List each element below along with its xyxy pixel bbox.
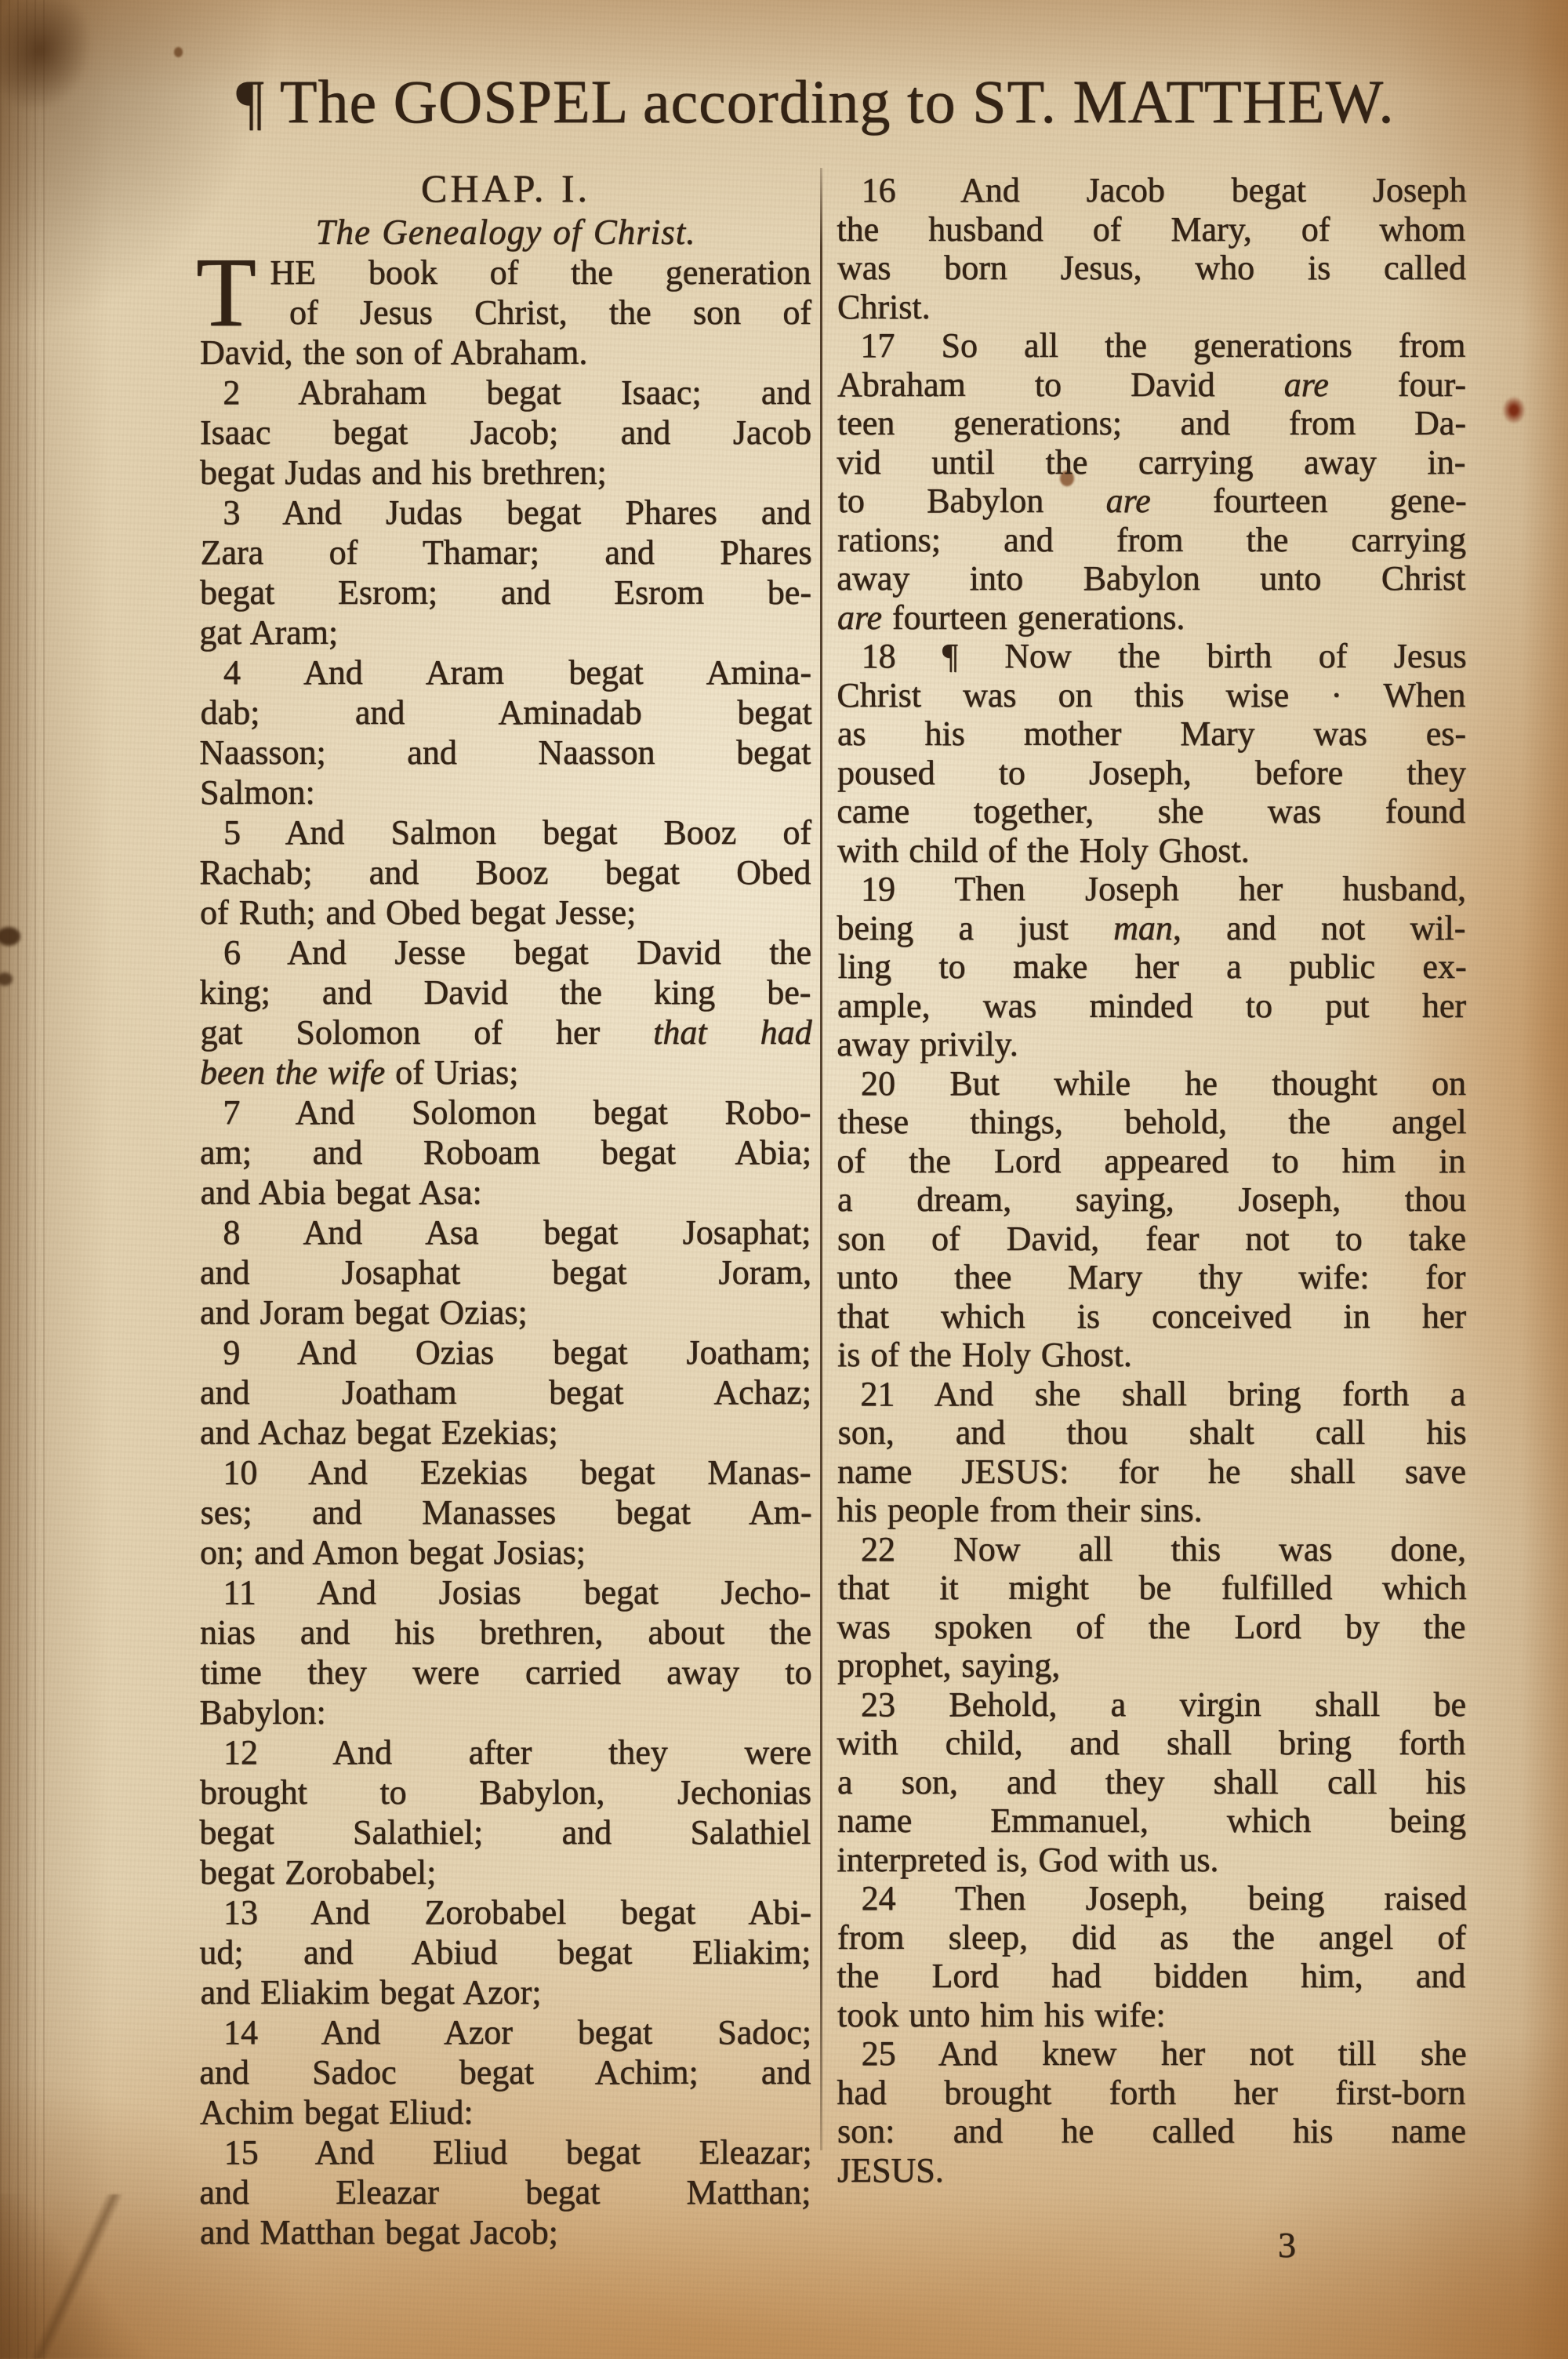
text-line: Salmon: — [200, 772, 811, 812]
text-line: 21 And she shall bring forth a — [837, 1375, 1465, 1414]
text-line: was spoken of the Lord by the — [837, 1608, 1465, 1647]
text-line: 4 And Aram begat Amina- — [200, 652, 811, 692]
running-head: ¶ The GOSPEL according to ST. MATTHEW. — [118, 66, 1513, 138]
text-line: time they were carried away to — [201, 1652, 812, 1692]
text-line: and Eleazar begat Matthan; — [199, 2172, 811, 2212]
text-line: begat Judas and his brethren; — [200, 453, 811, 493]
text-line: of the Lord appeared to him in — [837, 1142, 1465, 1181]
text-line: Abraham to David are four- — [837, 365, 1466, 405]
text-line: to Babylon are fourteen gene- — [838, 482, 1467, 521]
text-line: gat Solomon of her that had — [201, 1012, 812, 1052]
text-line: unto thee Mary thy wife: for — [837, 1258, 1465, 1297]
page-number: 3 — [1278, 2224, 1296, 2266]
text-line: and Matthan begat Jacob; — [200, 2212, 811, 2252]
right-column: 16 And Jacob begat Josephthe husband of … — [837, 171, 1466, 2190]
text-line: son of David, fear not to take — [837, 1219, 1466, 1259]
text-line: and Josaphat begat Joram, — [200, 1252, 811, 1292]
text-line: Rachab; and Booz begat Obed — [199, 852, 811, 892]
text-line: 7 And Solomon begat Robo- — [199, 1092, 811, 1132]
text-line: and Eliakim begat Azor; — [201, 1972, 812, 2012]
text-line: Babylon: — [199, 1692, 811, 1732]
text-line: Christ was on this wise · When — [837, 676, 1465, 715]
text-line: is of the Holy Ghost. — [837, 1336, 1466, 1375]
text-line: 11 And Josias begat Jecho- — [199, 1572, 811, 1612]
text-line: his people from their sins. — [837, 1491, 1465, 1530]
text-line: 23 Behold, a virgin shall be — [837, 1685, 1466, 1725]
text-line: vid until the carrying away in- — [837, 443, 1465, 482]
text-line: 15 And Eliud begat Eleazar; — [201, 2132, 812, 2172]
text-line: and Joram begat Ozias; — [200, 1292, 811, 1332]
text-line: nias and his brethren, about the — [200, 1612, 811, 1652]
text-line: Christ. — [837, 288, 1466, 327]
text-line: ample, was minded to put her — [837, 987, 1466, 1026]
text-line: gat Aram; — [199, 612, 811, 652]
left-column: CHAP. I. The Genealogy of Christ. T HE b… — [200, 166, 811, 2252]
scanned-bible-page: ¶ The GOSPEL according to ST. MATTHEW. C… — [0, 0, 1568, 2359]
text-line: interpreted is, God with us. — [837, 1841, 1465, 1880]
text-line: the husband of Mary, of whom — [837, 210, 1465, 249]
text-line: HE book of the generation — [199, 253, 811, 293]
text-line: ling to make her a public ex- — [838, 947, 1467, 987]
text-line: and Joatham begat Achaz; — [200, 1372, 811, 1412]
text-line: name Emmanuel, which being — [837, 1801, 1466, 1841]
text-line: 9 And Ozias begat Joatham; — [199, 1332, 811, 1372]
text-line: 6 And Jesse begat David the — [200, 932, 811, 972]
text-line: begat Salathiel; and Salathiel — [199, 1812, 811, 1852]
text-line: begat Esrom; and Esrom be- — [200, 572, 811, 612]
text-line: had brought forth her first-born — [837, 2074, 1465, 2113]
text-line: and Sadoc begat Achim; and — [199, 2052, 811, 2092]
text-line: took unto him his wife: — [837, 1996, 1466, 2035]
section-heading: The Genealogy of Christ. — [200, 212, 811, 253]
text-line: 24 Then Joseph, being raised — [838, 1879, 1467, 1918]
text-line: of Ruth; and Obed begat Jesse; — [200, 892, 811, 932]
text-line: 18 ¶ Now the birth of Jesus — [838, 637, 1467, 676]
text-line: being a just man, and not wil- — [837, 909, 1465, 948]
text-line: dab; and Aminadab begat — [201, 692, 812, 732]
text-line: poused to Joseph, before they — [837, 754, 1466, 793]
left-column-lines: T HE book of the generationof Jesus Chri… — [200, 253, 811, 2252]
text-line: and Achaz begat Ezekias; — [200, 1412, 811, 1452]
text-line: brought to Babylon, Jechonias — [200, 1772, 811, 1812]
text-line: 3 And Judas begat Phares and — [199, 493, 811, 533]
page-content: ¶ The GOSPEL according to ST. MATTHEW. C… — [0, 0, 1568, 2359]
text-line: teen generations; and from Da- — [837, 404, 1466, 443]
text-line: David, the son of Abraham. — [200, 333, 811, 373]
text-line: on; and Amon begat Josias; — [200, 1532, 811, 1572]
text-line: 20 But while he thought on — [837, 1064, 1466, 1103]
text-line: begat Zorobabel; — [200, 1852, 811, 1892]
text-line: 5 And Salmon begat Booz of — [200, 812, 811, 852]
right-column-lines: 16 And Jacob begat Josephthe husband of … — [837, 171, 1466, 2190]
text-line: 16 And Jacob begat Joseph — [838, 171, 1467, 210]
text-line: that it might be fulfilled which — [838, 1568, 1467, 1608]
text-line: the Lord had bidden him, and — [837, 1957, 1465, 1996]
text-line: as his mother Mary was es- — [837, 714, 1466, 754]
column-divider-rule — [820, 168, 822, 2150]
text-line: with child of the Holy Ghost. — [837, 831, 1466, 871]
text-line: JESUS. — [837, 2151, 1466, 2190]
text-line: 22 Now all this was done, — [837, 1530, 1466, 1569]
text-line: son, and thou shalt call his — [838, 1413, 1467, 1452]
text-line: ud; and Abiud begat Eliakim; — [199, 1932, 811, 1972]
text-line: been the wife of Urias; — [200, 1052, 811, 1092]
text-line: prophet, saying, — [837, 1646, 1466, 1685]
text-line: Achim begat Eliud: — [200, 2092, 811, 2132]
text-line: 10 And Ezekias begat Manas- — [199, 1452, 811, 1492]
text-line: 2 Abraham begat Isaac; and — [199, 373, 811, 413]
text-line: was born Jesus, who is called — [837, 249, 1466, 288]
text-line: king; and David the king be- — [199, 972, 811, 1012]
text-line: name JESUS: for he shall save — [837, 1452, 1466, 1492]
text-line: am; and Roboam begat Abia; — [200, 1132, 811, 1172]
text-line: and Abia begat Asa: — [201, 1172, 812, 1212]
text-line: Isaac begat Jacob; and Jacob — [200, 413, 811, 453]
text-line: came together, she was found — [837, 792, 1465, 831]
text-line: of Jesus Christ, the son of — [200, 293, 811, 333]
text-line: these things, behold, the angel — [838, 1103, 1467, 1142]
text-line: 14 And Azor begat Sadoc; — [200, 2012, 811, 2052]
text-line: 12 And after they were — [200, 1732, 811, 1772]
text-line: with child, and shall bring forth — [837, 1724, 1465, 1763]
text-line: 17 So all the generations from — [837, 326, 1465, 365]
text-line: away into Babylon unto Christ — [837, 559, 1465, 598]
chapter-heading: CHAP. I. — [200, 166, 811, 210]
text-line: Naasson; and Naasson begat — [199, 732, 811, 772]
text-line: son: and he called his name — [837, 2112, 1466, 2151]
text-line: 13 And Zorobabel begat Abi- — [200, 1892, 811, 1932]
text-line: that which is conceived in her — [837, 1297, 1466, 1336]
text-line: a son, and they shall call his — [837, 1763, 1466, 1802]
text-line: 25 And knew her not till she — [838, 2034, 1467, 2074]
text-line: are fourteen generations. — [837, 598, 1466, 638]
text-line: 8 And Asa begat Josaphat; — [199, 1212, 811, 1252]
text-line: ses; and Manasses begat Am- — [201, 1492, 812, 1532]
text-line: rations; and from the carrying — [837, 521, 1466, 560]
text-line: 19 Then Joseph her husband, — [837, 870, 1466, 909]
text-line: a dream, saying, Joseph, thou — [837, 1180, 1466, 1219]
text-line: from sleep, did as the angel of — [837, 1918, 1466, 1957]
text-line: away privily. — [837, 1025, 1465, 1064]
text-line: Zara of Thamar; and Phares — [201, 533, 812, 572]
